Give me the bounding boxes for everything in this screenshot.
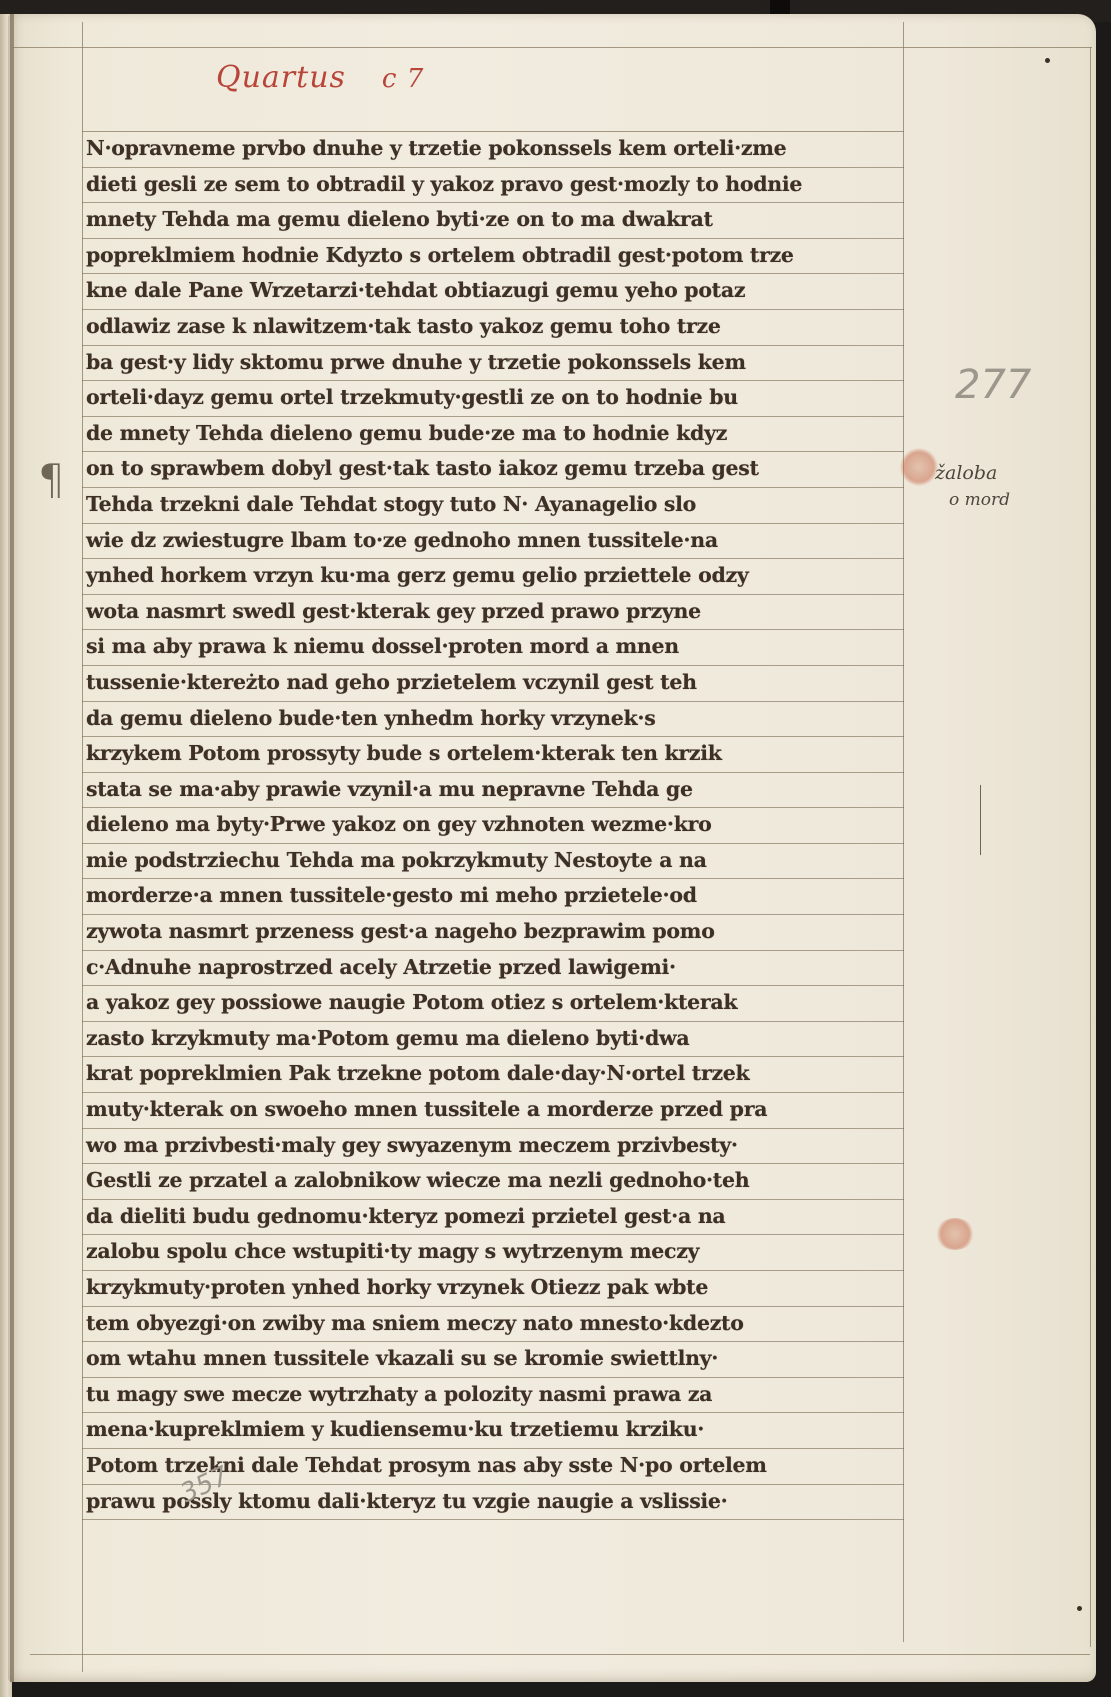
- text-line: dieleno ma byty·Prwe yakoz on gey vzhnot…: [82, 808, 904, 844]
- text-line: ynhed horkem vrzyn ku·ma gerz gemu gelio…: [82, 559, 904, 595]
- text-line: odlawiz zase k nlawitzem·tak tasto yakoz…: [82, 310, 904, 346]
- ink-speck: [1077, 1606, 1082, 1611]
- text-line: zasto krzykmuty ma·Potom gemu ma dieleno…: [82, 1022, 904, 1058]
- running-heading: Quartusc 7: [216, 60, 424, 95]
- text-line: da gemu dieleno bude·ten ynhedm horky vr…: [82, 702, 904, 738]
- ink-speck: [1045, 58, 1050, 63]
- margin-note-line1: žaloba: [935, 460, 1010, 487]
- text-line: a yakoz gey possiowe naugie Potom otiez …: [82, 986, 904, 1022]
- text-line: tem obyezgi·on zwiby ma sniem meczy nato…: [82, 1307, 904, 1343]
- text-line: mnety Tehda ma gemu dieleno byti·ze on t…: [82, 203, 904, 239]
- text-line: popreklmiem hodnie Kdyzto s ortelem obtr…: [82, 239, 904, 275]
- text-line: zalobu spolu chce wstupiti·ty magy s wyt…: [82, 1235, 904, 1271]
- red-wax-stain: [900, 448, 938, 486]
- text-line: stata se ma·aby prawie vzynil·a mu nepra…: [82, 773, 904, 809]
- text-line: krat popreklmien Pak trzekne potom dale·…: [82, 1057, 904, 1093]
- text-line: N·opravneme prvbo dnuhe y trzetie pokons…: [82, 132, 904, 168]
- text-line: Tehda trzekni dale Tehdat stogy tuto N· …: [82, 488, 904, 524]
- text-line: kne dale Pane Wrzetarzi·tehdat obtiazugi…: [82, 274, 904, 310]
- margin-note-line2: o mord: [935, 487, 1010, 514]
- text-line: orteli·dayz gemu ortel trzekmuty·gestli …: [82, 381, 904, 417]
- text-line: wo ma przivbesti·maly gey swyazenym mecz…: [82, 1129, 904, 1165]
- text-line: de mnety Tehda dieleno gemu bude·ze ma t…: [82, 417, 904, 453]
- text-line: wie dz zwiestugre lbam to·ze gednoho mne…: [82, 524, 904, 560]
- heading-chapter: c 7: [382, 64, 424, 94]
- rule-top: [12, 47, 1092, 48]
- heading-title: Quartus: [216, 60, 346, 95]
- text-line: si ma aby prawa k niemu dossel·proten mo…: [82, 630, 904, 666]
- rule-bottom: [30, 1654, 1090, 1655]
- text-line: mie podstrziechu Tehda ma pokrzykmuty Ne…: [82, 844, 904, 880]
- margin-pencil-stroke: [980, 785, 981, 855]
- text-line: krzykmuty·proten ynhed horky vrzynek Oti…: [82, 1271, 904, 1307]
- text-line: tussenie·ktereżto nad geho przietelem vc…: [82, 666, 904, 702]
- text-line: morderze·a mnen tussitele·gesto mi meho …: [82, 879, 904, 915]
- text-line: mena·kupreklmiem y kudiensemu·ku trzetie…: [82, 1413, 904, 1449]
- text-line: dieti gesli ze sem to obtradil y yakoz p…: [82, 168, 904, 204]
- text-line: zywota nasmrt przeness gest·a nageho bez…: [82, 915, 904, 951]
- pencil-folio-number: 277: [955, 362, 1031, 408]
- red-stain-lower: [935, 1218, 975, 1250]
- rule-right-outer: [1090, 47, 1091, 1647]
- text-line: ba gest·y lidy sktomu prwe dnuhe y trzet…: [82, 346, 904, 382]
- text-line: on to sprawbem dobyl gest·tak tasto iako…: [82, 452, 904, 488]
- text-line: c·Adnuhe naprostrzed acely Atrzetie prze…: [82, 951, 904, 987]
- margin-note: žaloba o mord: [935, 460, 1010, 514]
- text-line: tu magy swe mecze wytrzhaty a polozity n…: [82, 1378, 904, 1414]
- text-line: om wtahu mnen tussitele vkazali su se kr…: [82, 1342, 904, 1378]
- text-line: Gestli ze przatel a zalobnikow wiecze ma…: [82, 1164, 904, 1200]
- text-line: muty·kterak on swoeho mnen tussitele a m…: [82, 1093, 904, 1129]
- paragraph-mark-icon: ¶: [38, 455, 65, 504]
- binding-shadow: [10, 14, 14, 1682]
- text-line: krzykem Potom prossyty bude s ortelem·kt…: [82, 737, 904, 773]
- text-line: wota nasmrt swedl gest·kterak gey przed …: [82, 595, 904, 631]
- text-block: N·opravneme prvbo dnuhe y trzetie pokons…: [82, 132, 904, 1520]
- text-line: da dieliti budu gednomu·kteryz pomezi pr…: [82, 1200, 904, 1236]
